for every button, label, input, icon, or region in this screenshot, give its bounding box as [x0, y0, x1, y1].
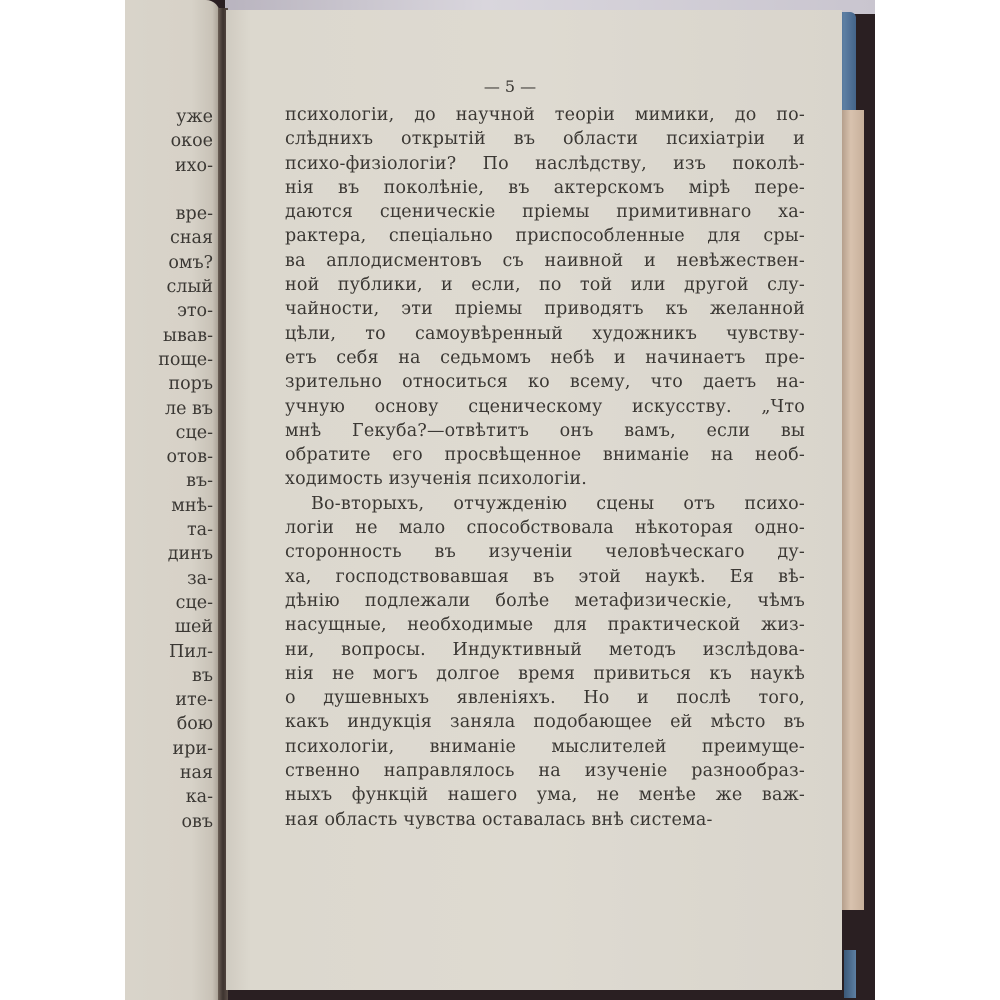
- text-line: ни, вопросы. Индуктивный методъ изслѣдов…: [285, 638, 805, 662]
- left-text-fragment: ихо-: [125, 154, 213, 178]
- text-line: ной публики, и если, по той или другой с…: [285, 273, 805, 297]
- left-text-fragment: ле въ: [125, 397, 213, 421]
- text-line: Во-вторыхъ, отчужденiю сцены отъ психо-: [285, 492, 805, 516]
- text-line: ха, господствовавшая въ этой наукѣ. Ея в…: [285, 565, 805, 589]
- left-text-fragment: сце-: [125, 421, 213, 445]
- text-line: ственно направлялось на изученiе разнооб…: [285, 759, 805, 783]
- text-line: нiя въ поколѣнiе, въ актерскомъ мiрѣ пер…: [285, 176, 805, 200]
- left-page: ужеокоеихо-вре-снаяомъ?слыйэто-ывав-поще…: [125, 0, 220, 1000]
- page-body-text: психологiи, до научной теорiи мимики, до…: [285, 103, 805, 832]
- left-text-fragment: ывав-: [125, 324, 213, 348]
- text-line: ва аплодисментовъ съ наивной и невѣжеств…: [285, 249, 805, 273]
- text-line: мнѣ Гекуба?—отвѣтитъ онъ вамъ, если вы: [285, 419, 805, 443]
- text-line: о душевныхъ явленiяхъ. Но и послѣ того,: [285, 686, 805, 710]
- left-text-fragment: та-: [125, 518, 213, 542]
- left-text-fragment: сце-: [125, 591, 213, 615]
- left-text-fragment: динъ: [125, 542, 213, 566]
- text-line: сторонность въ изученiи человѣческаго ду…: [285, 540, 805, 564]
- text-line: зрительно относиться ко всему, что даетъ…: [285, 370, 805, 394]
- left-text-fragment: за-: [125, 567, 213, 591]
- left-text-fragment: ите-: [125, 688, 213, 712]
- left-page-text: ужеокоеихо-вре-снаяомъ?слыйэто-ывав-поще…: [125, 105, 213, 834]
- left-text-fragment: вре-: [125, 202, 213, 226]
- left-text-fragment: слый: [125, 275, 213, 299]
- left-text-fragment: уже: [125, 105, 213, 129]
- left-text-fragment: мнѣ-: [125, 494, 213, 518]
- left-text-fragment: окое: [125, 129, 213, 153]
- page-edges: [842, 110, 864, 910]
- page-number: — 5 —: [280, 77, 740, 96]
- left-text-fragment: поще-: [125, 348, 213, 372]
- text-line: психологiи, до научной теорiи мимики, до…: [285, 103, 805, 127]
- left-text-fragment: въ-: [125, 469, 213, 493]
- text-line: насущные, необходимые для практической ж…: [285, 613, 805, 637]
- left-text-fragment: ная: [125, 761, 213, 785]
- left-text-fragment: сная: [125, 226, 213, 250]
- text-line: чайности, эти прiемы приводятъ къ желанн…: [285, 297, 805, 321]
- text-line: даются сценическiе прiемы примитивнаго х…: [285, 200, 805, 224]
- text-line: учную основу сценическому искусству. „Чт…: [285, 395, 805, 419]
- text-line: ныхъ функцiй нашего ума, не менѣе же важ…: [285, 783, 805, 807]
- text-line: ходимость изученiя психологiи.: [285, 467, 805, 491]
- text-line: какъ индукцiя заняла подобающее ей мѣсто…: [285, 710, 805, 734]
- left-text-fragment: бою: [125, 712, 213, 736]
- text-line: обратите его просвѣщенное вниманiе на не…: [285, 443, 805, 467]
- text-line: етъ себя на седьмомъ небѣ и начинаетъ пр…: [285, 346, 805, 370]
- left-text-fragment: это-: [125, 299, 213, 323]
- text-line: цѣли, то самоувѣренный художникъ чувству…: [285, 322, 805, 346]
- text-line: рактера, спецiально приспособленные для …: [285, 224, 805, 248]
- left-text-fragment: шей: [125, 615, 213, 639]
- left-text-fragment: Пил-: [125, 640, 213, 664]
- left-text-fragment: омъ?: [125, 251, 213, 275]
- text-line: психо-физiологiи? По наслѣдству, изъ пок…: [285, 152, 805, 176]
- left-text-fragment: [125, 178, 213, 202]
- text-line: ная область чувства оставалась внѣ систе…: [285, 808, 805, 832]
- paragraph: Во-вторыхъ, отчужденiю сцены отъ психо-л…: [285, 492, 805, 832]
- left-text-fragment: въ: [125, 664, 213, 688]
- text-line: логiи не мало способствовала нѣкоторая о…: [285, 516, 805, 540]
- text-line: психологiи, вниманiе мыслителей преимуще…: [285, 735, 805, 759]
- left-text-fragment: ири-: [125, 737, 213, 761]
- book-cover-edge-bottom: [844, 950, 856, 998]
- left-text-fragment: овъ: [125, 810, 213, 834]
- text-line: нiя не могъ долгое время привиться къ на…: [285, 662, 805, 686]
- text-line: дѣнiю подлежали болѣе метафизическiе, чѣ…: [285, 589, 805, 613]
- text-line: слѣднихъ открытiй въ области психiатрiи …: [285, 127, 805, 151]
- left-text-fragment: поръ: [125, 372, 213, 396]
- paragraph: психологiи, до научной теорiи мимики, до…: [285, 103, 805, 492]
- left-text-fragment: ка-: [125, 785, 213, 809]
- left-text-fragment: отов-: [125, 445, 213, 469]
